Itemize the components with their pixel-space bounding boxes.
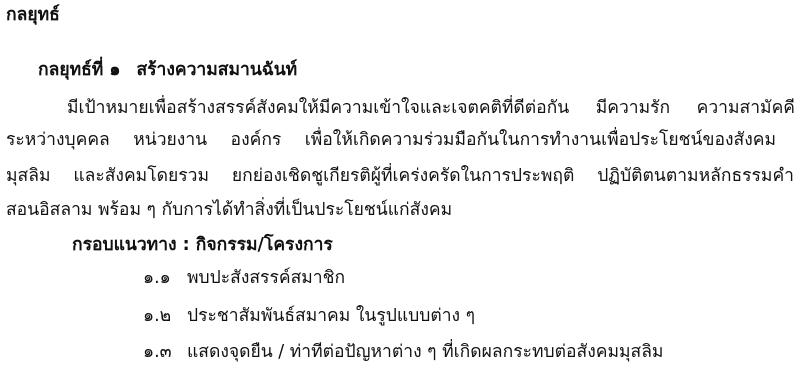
strategy-title: กลยุทธ์ที่๑สร้างความสมานฉันท์: [38, 57, 297, 83]
list-item-number: ๑.๒: [143, 303, 187, 329]
paragraph-line: มีเป้าหมายเพื่อสร้างสรรค์สังคมให้มีความเ…: [67, 95, 795, 121]
strategy-label: กลยุทธ์ที่: [38, 60, 103, 80]
paragraph-line: ระหว่างบุคคล หน่วยงาน องค์กร เพื่อให้เกิ…: [6, 127, 776, 153]
paragraph-line: สอนอิสลาม พร้อม ๆ กับการได้ทำสิ่งที่เป็น…: [6, 197, 452, 223]
strategy-name: สร้างความสมานฉันท์: [136, 60, 297, 80]
list-item-text: พบปะสังสรรค์สมาชิก: [187, 268, 345, 288]
paragraph-text: มีเป้าหมายเพื่อสร้างสรรค์สังคมให้มีความเ…: [67, 95, 795, 121]
paragraph-text: ระหว่างบุคคล หน่วยงาน องค์กร เพื่อให้เกิ…: [6, 127, 776, 153]
paragraph-text: มุสลิม และสังคมโดยรวม ยกย่องเชิดชูเกียรต…: [6, 163, 794, 189]
list-item-number: ๑.๑: [143, 265, 187, 291]
list-item-text: ประชาสัมพันธ์สมาคม ในรูปแบบต่าง ๆ: [187, 306, 475, 326]
strategy-number: ๑: [109, 60, 120, 80]
list-item: ๑.๑พบปะสังสรรค์สมาชิก: [143, 265, 345, 291]
paragraph-line: มุสลิม และสังคมโดยรวม ยกย่องเชิดชูเกียรต…: [6, 163, 794, 189]
list-item: ๑.๒ประชาสัมพันธ์สมาคม ในรูปแบบต่าง ๆ: [143, 303, 475, 329]
framework-heading: กรอบแนวทาง : กิจกรรม/โครงการ: [72, 232, 333, 258]
paragraph-text: สอนอิสลาม พร้อม ๆ กับการได้ทำสิ่งที่เป็น…: [6, 200, 452, 220]
list-item: ๑.๓แสดงจุดยืน / ท่าทีต่อปัญหาต่าง ๆ ที่เ…: [143, 339, 663, 365]
list-item-number: ๑.๓: [143, 339, 187, 365]
section-heading: กลยุทธ์: [6, 2, 60, 28]
list-item-text: แสดงจุดยืน / ท่าทีต่อปัญหาต่าง ๆ ที่เกิด…: [187, 342, 663, 362]
